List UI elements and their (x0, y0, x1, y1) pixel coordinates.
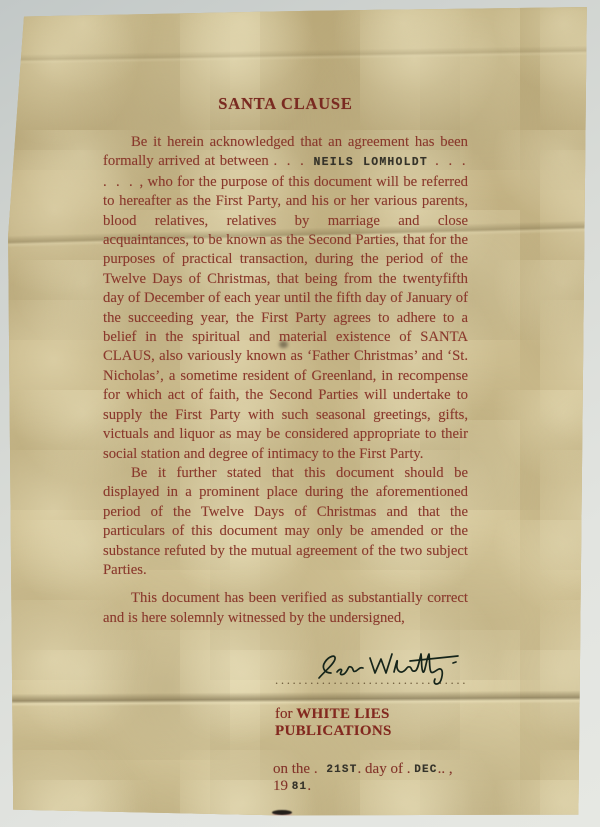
typed-segment: NEILS LOMHOLDT (314, 156, 428, 169)
paragraph: Be it herein acknowledged that an agreem… (103, 133, 468, 464)
letter-title: SANTA CLAUSE (103, 94, 468, 114)
signature-row: ................................. (103, 669, 468, 691)
text-segment: Be it further stated that this document … (103, 465, 468, 578)
date-text-2: . day of . (358, 761, 415, 777)
fold-crease-top (0, 45, 600, 65)
publisher-prefix: for (275, 706, 296, 722)
paragraph: Be it further stated that this document … (103, 464, 468, 580)
photograph-background: SANTA CLAUSE Be it herein acknowledged t… (0, 0, 600, 827)
publisher-line: for WHITE LIES PUBLICATIONS (103, 706, 468, 740)
signature-handwriting (315, 641, 465, 687)
letter-body: Be it herein acknowledged that an agreem… (103, 133, 468, 628)
date-text-4: . (307, 778, 311, 794)
date-line: on the . 21ST. day of . DEC.. , 19 81. (103, 761, 468, 795)
date-year-typed: 81 (292, 781, 308, 793)
text-segment: This document has been verified as subst… (103, 590, 468, 625)
parchment-paper: SANTA CLAUSE Be it herein acknowledged t… (0, 0, 600, 827)
date-month-typed: DEC (414, 764, 437, 776)
date-day-typed: 21ST (326, 764, 357, 776)
bottom-edge-mark (272, 810, 292, 815)
date-text-1: on the (273, 761, 314, 777)
paragraph: This document has been verified as subst… (103, 589, 468, 628)
letter-content: SANTA CLAUSE Be it herein acknowledged t… (103, 94, 468, 795)
text-segment: , who for the purpose of this document w… (103, 174, 468, 462)
date-dots-1: . (314, 761, 327, 777)
dots-segment: . . . (273, 153, 313, 169)
